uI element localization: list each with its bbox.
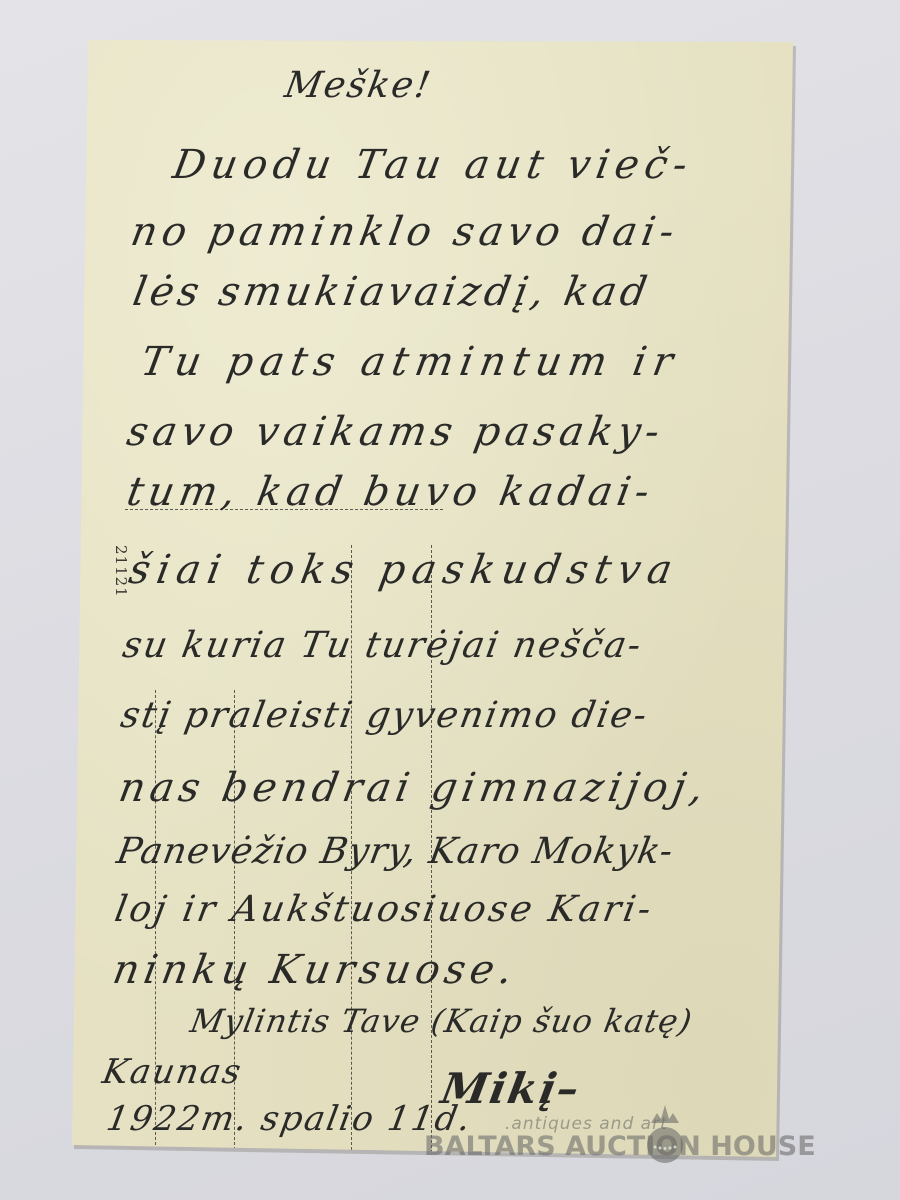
letter-line: loj ir Aukštuosiuose Kari- — [112, 892, 656, 928]
letter-line: su kuria Tu turėjai nešča- — [120, 628, 645, 664]
closing-line: Mylintis Tave (Kaip šuo katę) — [188, 1005, 695, 1037]
letter-line: lės smukiavaizdį, kad — [130, 272, 654, 312]
postcard: 21121 Meške! Duodu Tau aut vieč- no pami… — [0, 0, 900, 1200]
letter-date: 1922m. spalio 11d. — [104, 1102, 475, 1136]
letter-line: no paminklo savo dai- — [128, 212, 682, 252]
letter-line: Tu pats atmintum ir — [138, 342, 683, 382]
letter-line: tum, kad buvo kadai- — [124, 472, 657, 512]
letter-line: stį praleisti gyvenimo die- — [118, 698, 651, 734]
letter-line: šiai toks paskudstva — [126, 550, 682, 590]
letter-line: Panevėžio Byry, Karo Mokyk- — [114, 834, 676, 870]
watermark-name: BALTARS AUCTION HOUSE — [424, 1131, 816, 1162]
letter-line: ninkų Kursuose. — [110, 950, 520, 990]
letter-line: Duodu Tau aut vieč- — [170, 145, 696, 185]
signature: Mikį– — [438, 1068, 584, 1110]
letter-line: savo vaikams pasaky- — [124, 412, 668, 452]
letter-line: nas bendrai gimnazijoj, — [116, 768, 711, 808]
place-name: Kaunas — [100, 1055, 245, 1089]
greeting: Meške! — [282, 68, 435, 104]
crown-orb-icon — [645, 1103, 685, 1167]
